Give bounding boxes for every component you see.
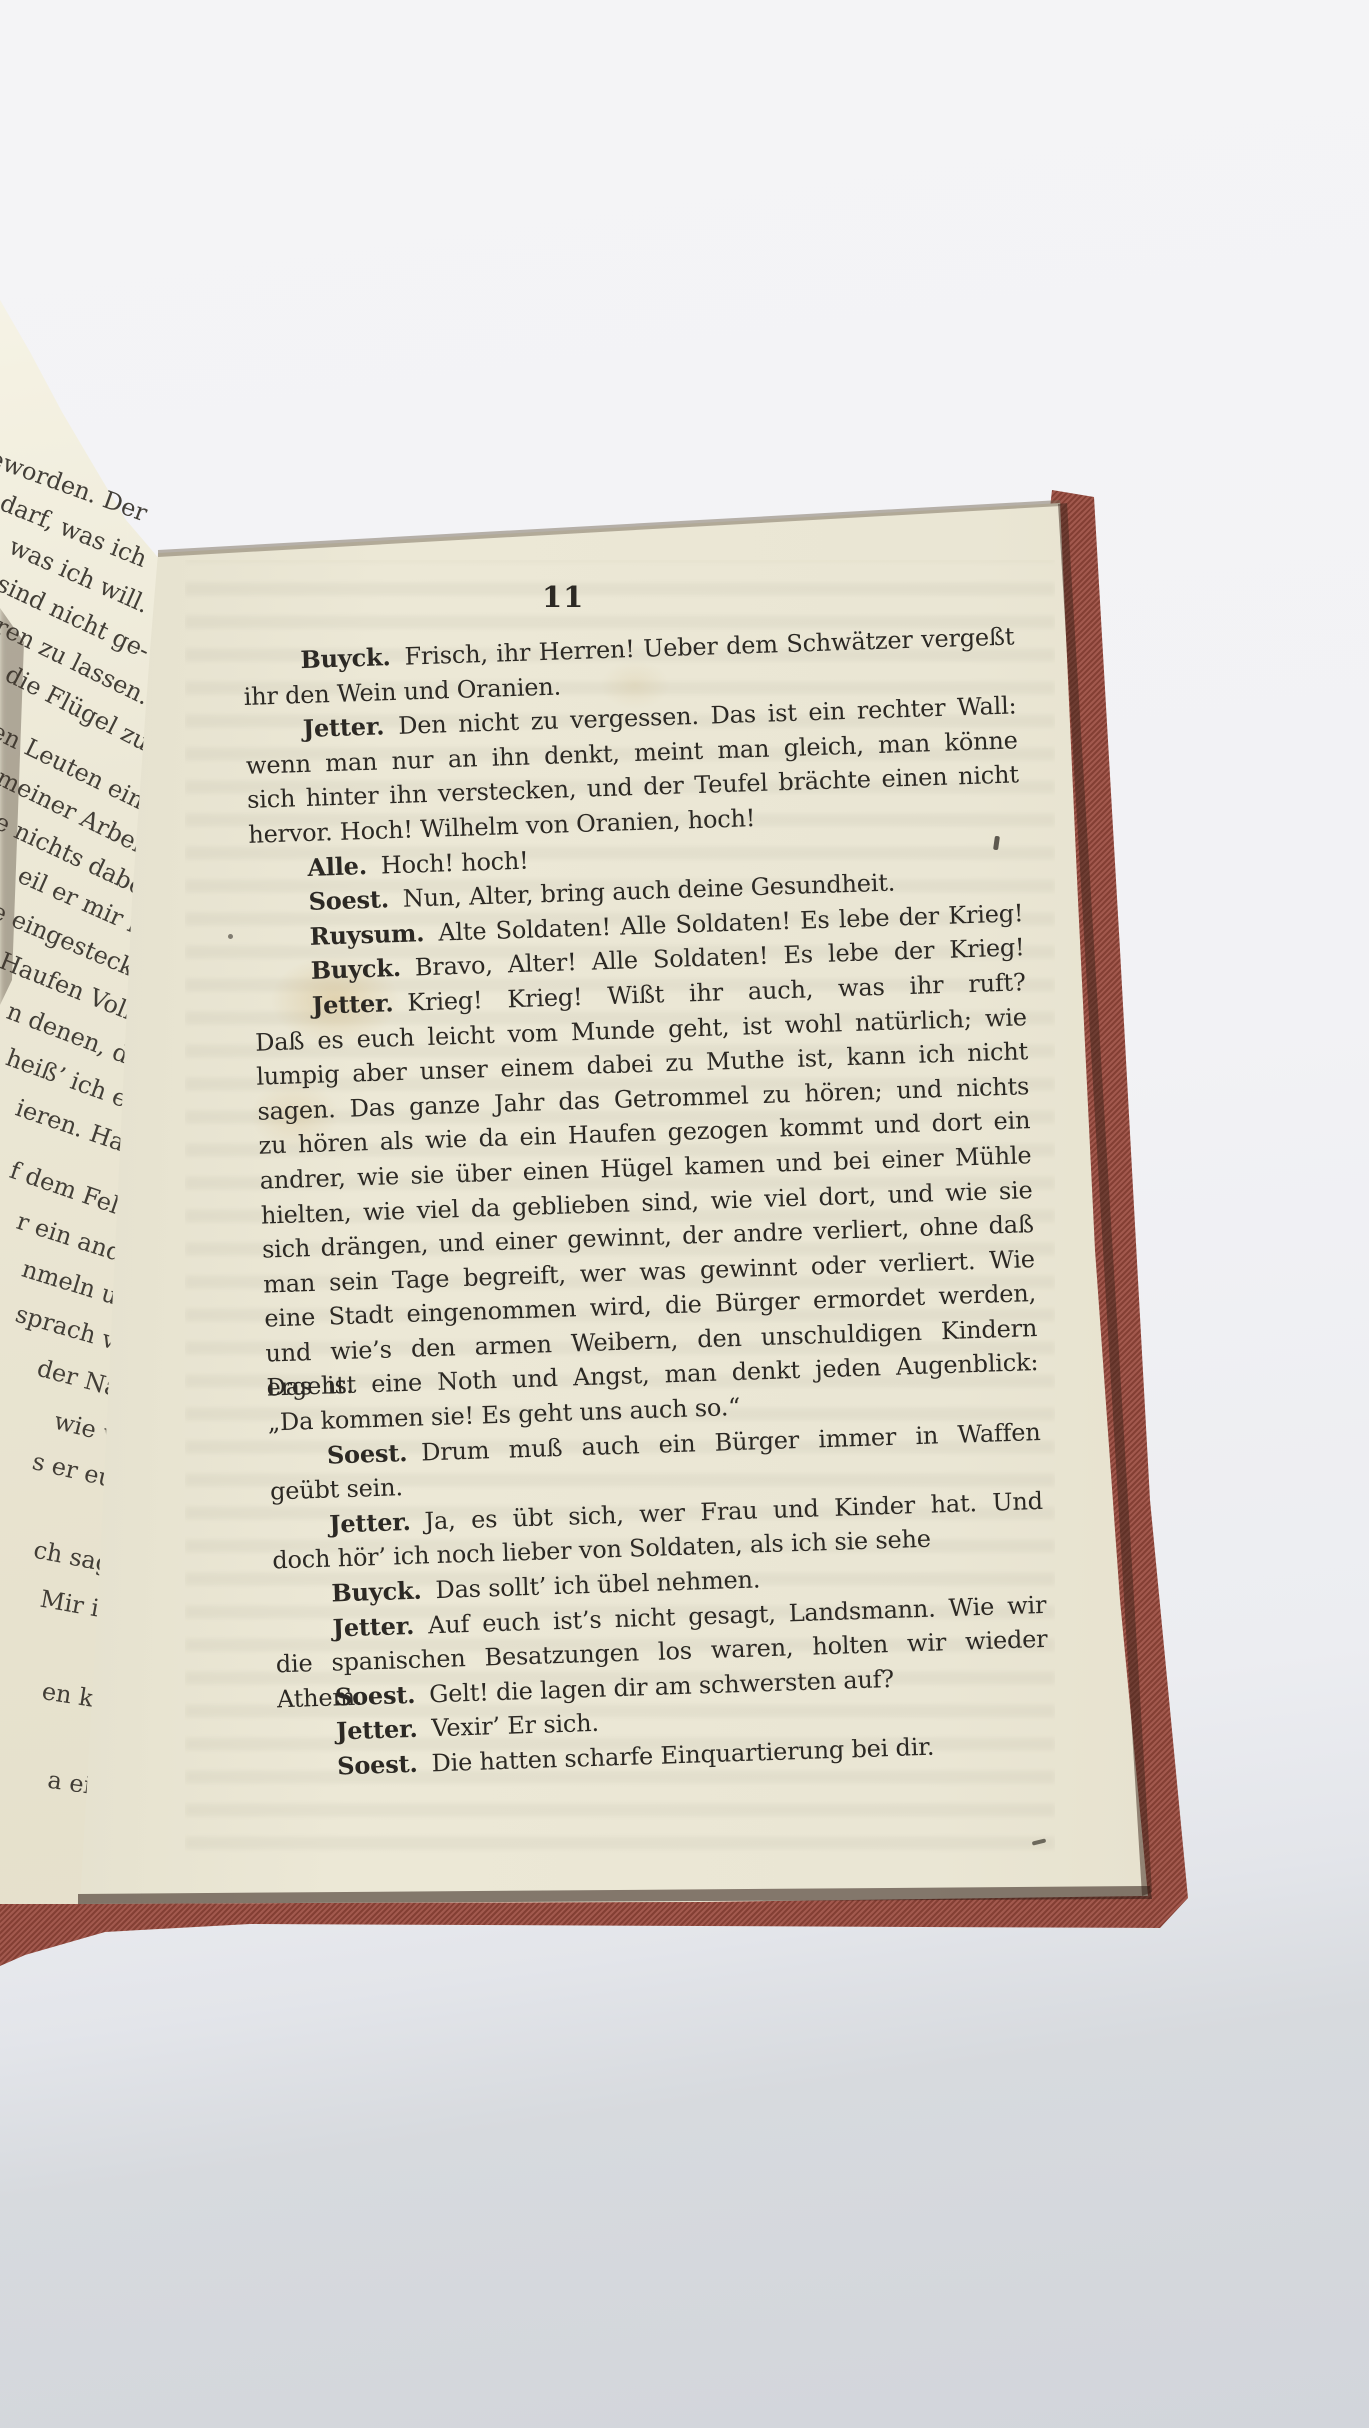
book-photo-scene: geworden. Dern darf, was ichssen, was ic… [0,0,1369,2428]
page-number: 11 [542,580,584,614]
speaker-name: Jetter. [332,1610,414,1642]
speaker-name: Buyck. [310,953,401,985]
speaker-name: Jetter. [336,1714,418,1746]
line-text: Vexir’ Er sich. [431,1709,599,1743]
speaker-name: Soest. [326,1438,407,1470]
speaker-name: Buyck. [300,642,391,674]
line-text: Hoch! hoch! [380,846,529,879]
speaker-name: Alle. [307,851,367,882]
ink-speck [228,934,233,939]
speaker-name: Jetter. [312,988,394,1020]
speaker-name: Ruysum. [309,918,425,951]
speaker-name: Buyck. [331,1576,422,1608]
speaker-name: Soest. [337,1749,418,1781]
speaker-name: Soest. [334,1680,415,1712]
line-text: geübt sein. [270,1473,404,1505]
speaker-name: Jetter. [329,1507,411,1539]
page-text-column: Buyck.Frisch, ihr Herren! Ueber dem Schw… [242,619,1051,1786]
speaker-name: Soest. [308,884,389,916]
speaker-name: Jetter. [302,712,384,744]
